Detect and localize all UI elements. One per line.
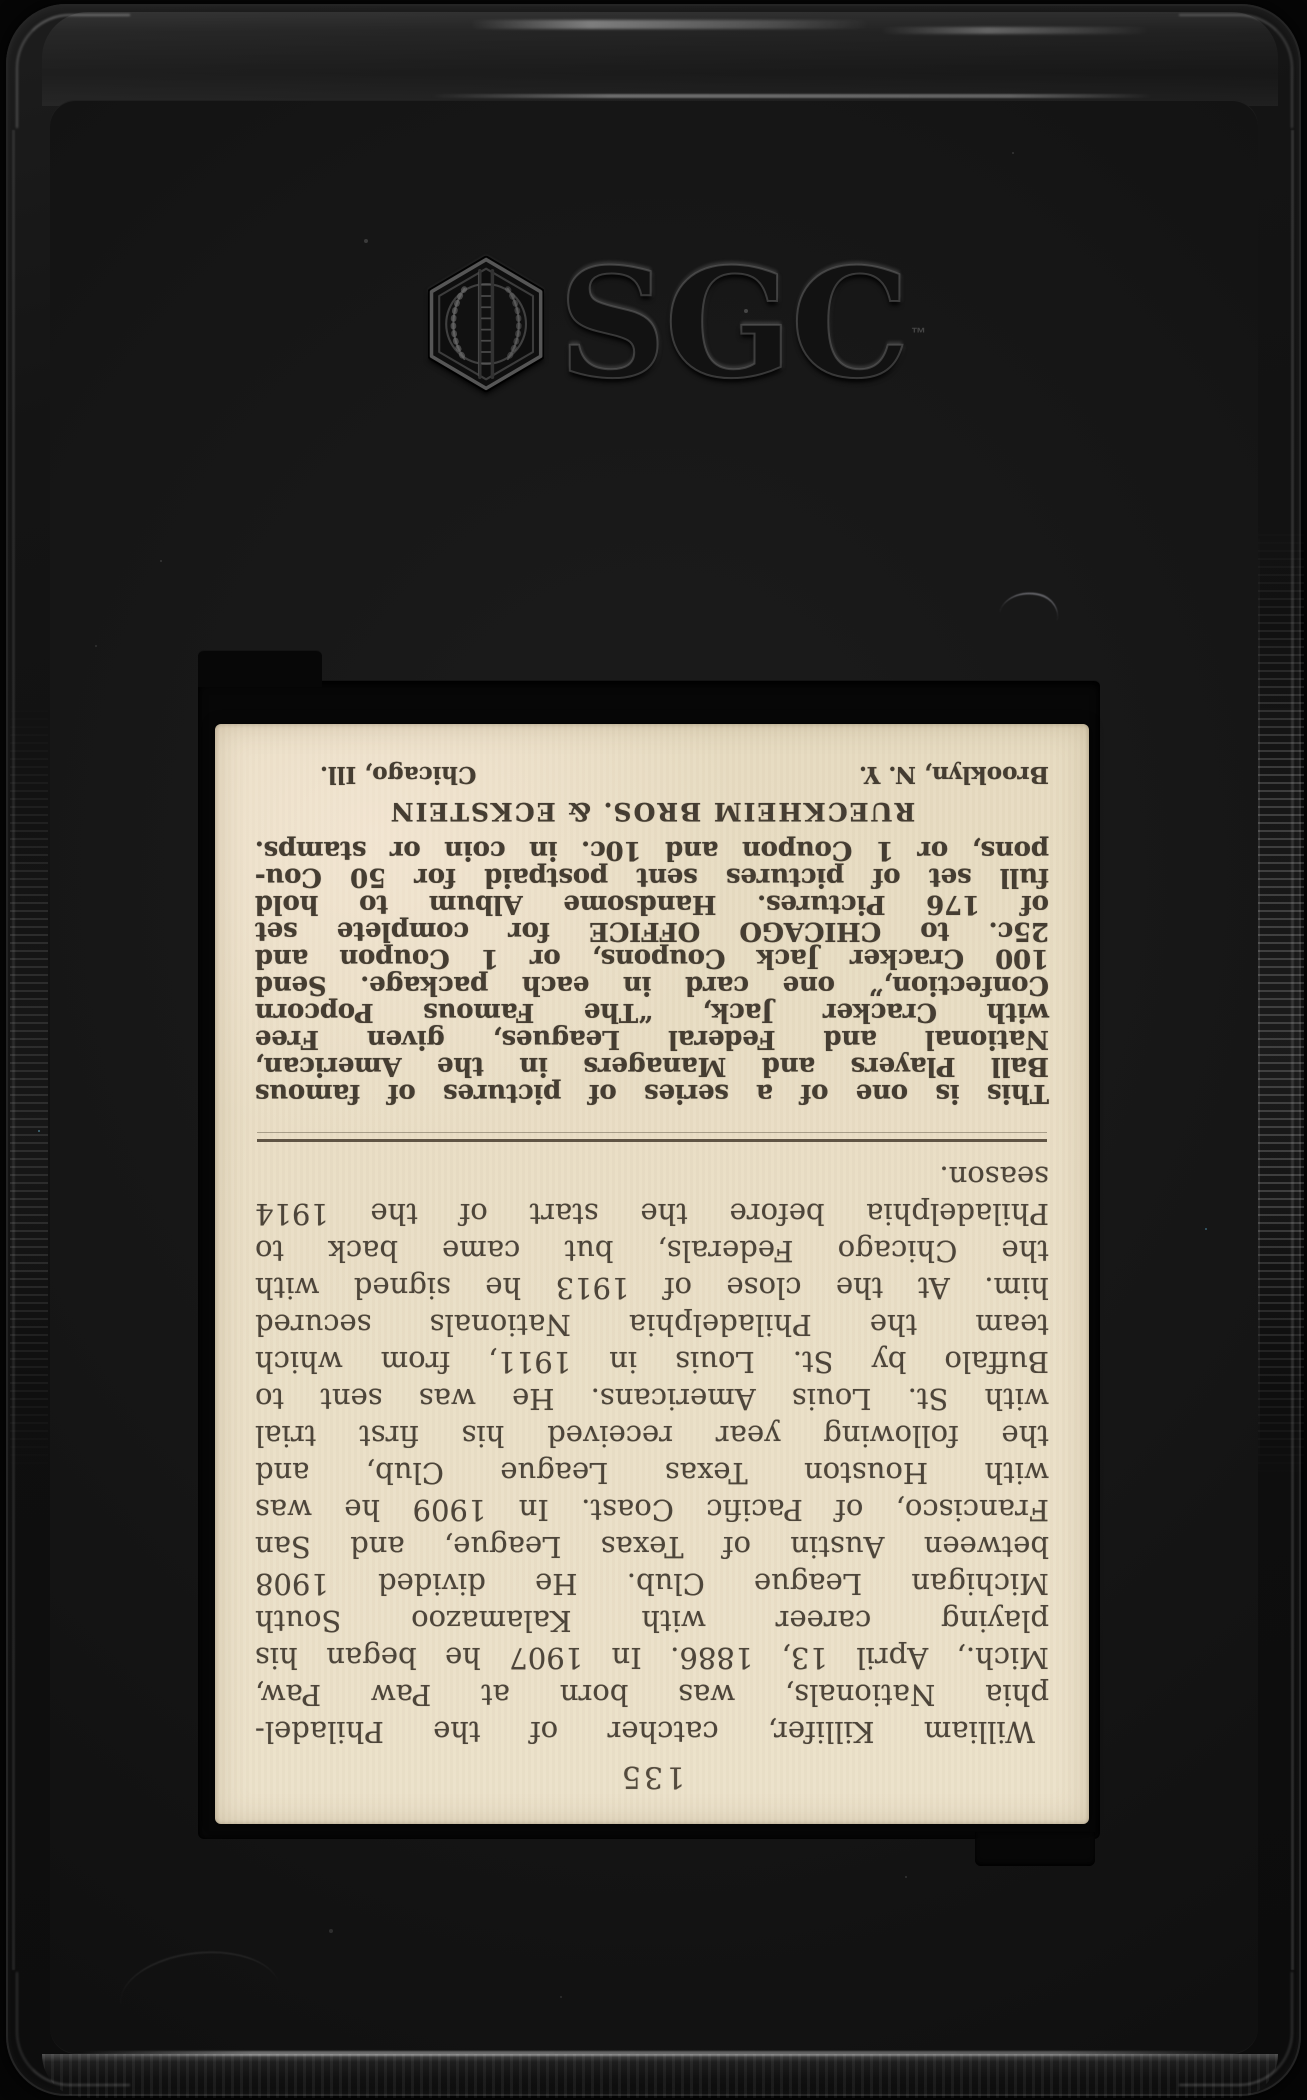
- player-bio: William Killifer, catcher of the Philade…: [255, 1158, 1049, 1750]
- bio-line: him. At the close of 1913 he signed with: [255, 1269, 1049, 1306]
- location-left: Brooklyn, N. Y.: [859, 760, 1049, 788]
- edge-weld-texture: [1258, 520, 1304, 1480]
- publisher-name: RUECKHEIM BROS. & ECKSTEIN: [255, 796, 1049, 826]
- bio-line: the following year received his first tr…: [255, 1417, 1049, 1454]
- corner-highlight: [1179, 1972, 1293, 2086]
- promo-line: This is one of a series of pictures of f…: [255, 1079, 1049, 1106]
- corner-highlight: [1179, 14, 1293, 128]
- sgc-letters: SGC: [558, 236, 908, 412]
- promo-line: Confection,” one card in each package. S…: [255, 971, 1049, 998]
- card-number: 135: [255, 1756, 1049, 1796]
- bio-line: between Austin of Texas League, and San: [255, 1528, 1049, 1565]
- bio-line: with St. Louis Americans. He was sent to: [255, 1380, 1049, 1417]
- sgc-hexagon-baseball-icon: [428, 228, 544, 420]
- bio-line: Mich., April 13, 1886. In 1907 he began …: [255, 1639, 1049, 1676]
- trademark-symbol: ™: [911, 259, 926, 409]
- card-back: 135 William Killifer, catcher of the Phi…: [215, 724, 1089, 1824]
- promo-line: of 176 Pictures. Handsome Album to hold: [255, 890, 1049, 917]
- bio-line: phia Nationals, was born at Paw Paw,: [255, 1676, 1049, 1713]
- photo-background: SGC ™ 135 William Killifer, catcher of t…: [0, 0, 1307, 2100]
- location-right: Chicago, Ill.: [320, 760, 476, 788]
- promo-line: full set of pictures sent postpaid for 5…: [255, 863, 1049, 890]
- rim-inner-edge-highlight: [430, 94, 1154, 98]
- bio-line: Philadelphia before the start of the 191…: [255, 1195, 1049, 1232]
- slab-rim-bottom: [42, 2054, 1278, 2098]
- rim-bottom-highlight: [80, 2051, 1230, 2056]
- publisher-locations: Brooklyn, N. Y. Chicago, Ill.: [255, 760, 1049, 788]
- bio-line: playing career with Kalamazoo South: [255, 1602, 1049, 1639]
- rim-highlight: [880, 27, 1150, 34]
- promo-line: 100 Cracker Jack Coupons, or 1 Coupon an…: [255, 944, 1049, 971]
- promo-line: Ball Players and Managers in the America…: [255, 1052, 1049, 1079]
- promo-line: 25c. to CHICAGO OFFICE for complete set: [255, 917, 1049, 944]
- divider-rule: [257, 1132, 1047, 1142]
- bio-line: with Houston Texas League Club, and: [255, 1454, 1049, 1491]
- sgc-embossed-logo: SGC ™: [428, 224, 908, 424]
- edge-weld-texture: [10, 700, 48, 1480]
- well-notch-top-left: [198, 650, 322, 687]
- corner-highlight: [16, 1972, 130, 2086]
- cracker-jack-promo: This is one of a series of pictures of f…: [255, 836, 1049, 1106]
- bio-line: Buffalo by St. Louis in 1911, from which: [255, 1343, 1049, 1380]
- bio-line: William Killifer, catcher of the Philade…: [255, 1713, 1049, 1750]
- dust-specks: [0, 0, 2, 2]
- rim-highlight: [470, 20, 870, 29]
- corner-highlight: [16, 14, 130, 128]
- bio-line: team the Philadelphia Nationals secured: [255, 1306, 1049, 1343]
- bio-line: season.: [255, 1158, 1049, 1195]
- promo-line: with Cracker Jack, “The Famous Popcorn: [255, 998, 1049, 1025]
- bio-line: the Chicago Federals, but came back to: [255, 1232, 1049, 1269]
- bio-line: Michigan League Club. He divided 1908: [255, 1565, 1049, 1602]
- promo-line: pons, or 1 Coupon and 10c. in coin or st…: [255, 836, 1049, 863]
- sgc-brand-text: SGC ™: [558, 249, 908, 399]
- promo-line: National and Federal Leagues, given Free: [255, 1025, 1049, 1052]
- well-notch-bottom-right: [975, 1832, 1095, 1866]
- bio-line: Francisco, of Pacific Coast. In 1909 he …: [255, 1491, 1049, 1528]
